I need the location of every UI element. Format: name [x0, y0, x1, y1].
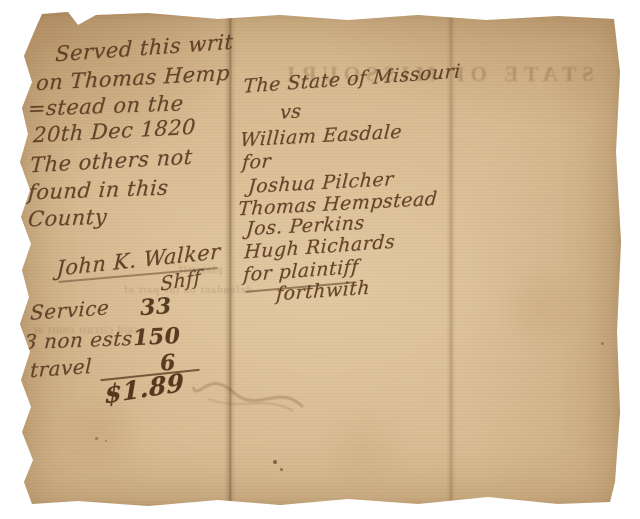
fold-crease-left	[224, 12, 236, 508]
case-line: for	[241, 150, 272, 174]
fee-amount: 33	[139, 293, 172, 321]
return-line: found in this	[27, 176, 169, 205]
return-line: Served this writ	[55, 30, 234, 67]
ink-speck	[280, 468, 283, 471]
stain	[538, 42, 618, 112]
return-line: County	[27, 205, 108, 232]
return-line: on Thomas Hemp	[36, 61, 231, 95]
stain	[53, 392, 148, 472]
fee-label: 3 non ests	[23, 326, 133, 354]
document-scan: STATE OF MISSOURI plaintiff defendant on…	[0, 0, 640, 519]
bleedthrough-flourish	[188, 377, 308, 417]
fee-label: Service	[30, 295, 110, 325]
paper-sheet: STATE OF MISSOURI plaintiff defendant on…	[18, 12, 622, 508]
fee-label: travel	[30, 354, 93, 382]
stain	[493, 262, 588, 352]
ink-speck	[105, 440, 107, 442]
stain	[308, 402, 418, 492]
ink-speck	[601, 342, 604, 345]
case-line: vs	[279, 100, 302, 124]
fold-crease-right	[446, 12, 456, 508]
fee-amount: 150	[132, 323, 181, 351]
ink-speck	[273, 460, 277, 464]
case-line: William Easdale	[239, 121, 402, 152]
return-line: The others not	[29, 145, 193, 178]
ink-speck	[95, 437, 98, 440]
